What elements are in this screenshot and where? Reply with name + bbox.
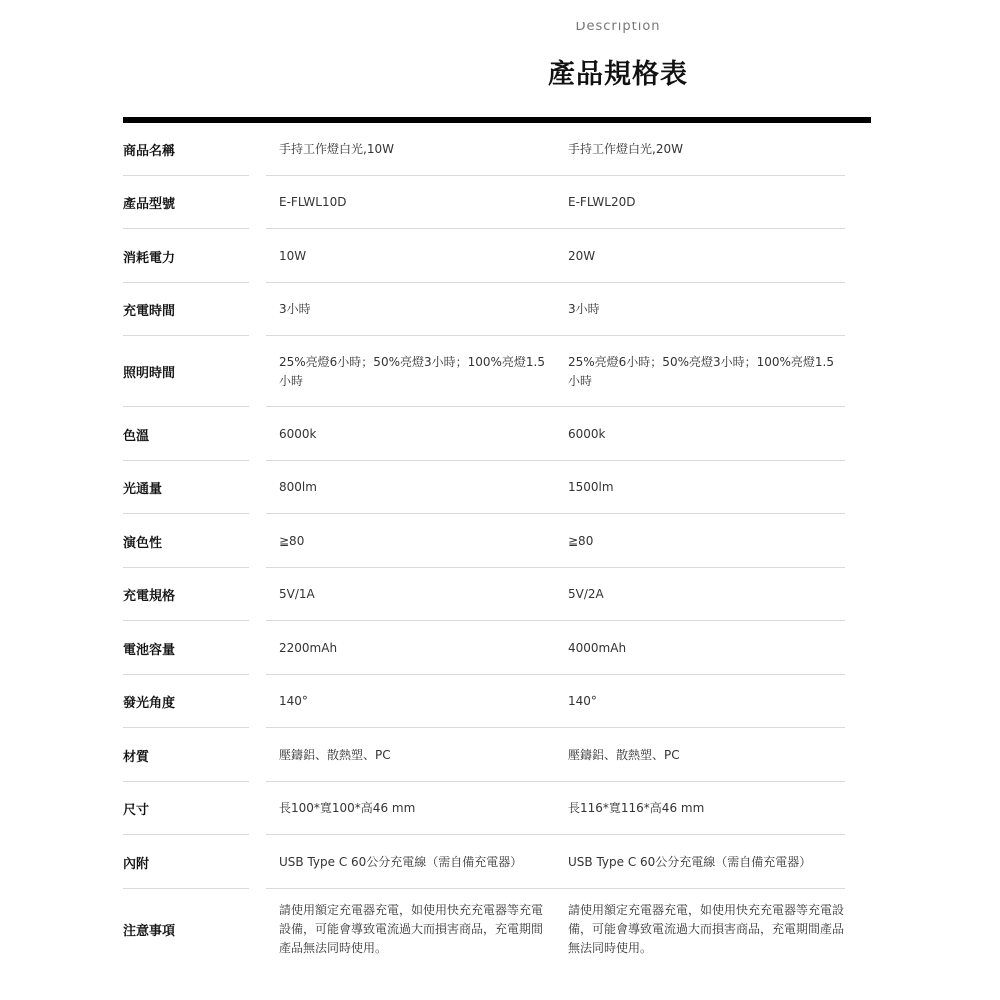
spec-value-10w: 140° bbox=[279, 675, 549, 728]
spec-label: 內附 bbox=[123, 835, 249, 889]
spec-label: 尺寸 bbox=[123, 782, 249, 835]
spec-value-10w: 25%亮燈6小時；50%亮燈3小時；100%亮燈1.5小時 bbox=[279, 336, 549, 407]
spec-value-10w: 3小時 bbox=[279, 283, 549, 336]
spec-label: 發光角度 bbox=[123, 675, 249, 728]
section-subtitle: Description bbox=[548, 22, 688, 36]
spec-value-20w: 5V/2A bbox=[568, 568, 845, 621]
spec-row: 產品型號E-FLWL10DE-FLWL20D bbox=[123, 176, 845, 229]
spec-value-10w: 請使用額定充電器充電，如使用快充充電器等充電設備，可能會導致電流過大而損害商品，… bbox=[279, 889, 549, 969]
spec-row: 內附USB Type C 60公分充電線（需自備充電器）USB Type C 6… bbox=[123, 835, 845, 889]
spec-label: 充電時間 bbox=[123, 283, 249, 336]
spec-value-10w: 手持工作燈白光,10W bbox=[279, 123, 549, 176]
spec-value-10w: 壓鑄鋁、散熱塑、PC bbox=[279, 728, 549, 782]
spec-value-20w: 長116*寬116*高46 mm bbox=[568, 782, 845, 835]
spec-value-10w: 2200mAh bbox=[279, 621, 549, 675]
spec-value-10w: 800lm bbox=[279, 461, 549, 514]
spec-row: 光通量800lm1500lm bbox=[123, 461, 845, 514]
spec-value-20w: 3小時 bbox=[568, 283, 845, 336]
spec-row: 商品名稱手持工作燈白光,10W手持工作燈白光,20W bbox=[123, 123, 845, 176]
spec-value-20w: 手持工作燈白光,20W bbox=[568, 123, 845, 176]
spec-label: 商品名稱 bbox=[123, 123, 249, 176]
spec-value-20w: USB Type C 60公分充電線（需自備充電器） bbox=[568, 835, 845, 889]
spec-label: 注意事項 bbox=[123, 889, 249, 969]
spec-label: 材質 bbox=[123, 728, 249, 782]
spec-label: 照明時間 bbox=[123, 336, 249, 407]
spec-row: 演色性≧80≧80 bbox=[123, 514, 845, 568]
spec-value-10w: ≧80 bbox=[279, 514, 549, 568]
spec-value-20w: 1500lm bbox=[568, 461, 845, 514]
spec-row: 電池容量2200mAh4000mAh bbox=[123, 621, 845, 675]
spec-label: 色溫 bbox=[123, 407, 249, 461]
spec-value-10w: E-FLWL10D bbox=[279, 176, 549, 229]
spec-label: 光通量 bbox=[123, 461, 249, 514]
page-title: 產品規格表 bbox=[548, 52, 688, 91]
spec-value-20w: 壓鑄鋁、散熱塑、PC bbox=[568, 728, 845, 782]
spec-table: 商品名稱手持工作燈白光,10W手持工作燈白光,20W產品型號E-FLWL10DE… bbox=[123, 123, 845, 969]
spec-label: 充電規格 bbox=[123, 568, 249, 621]
spec-row: 尺寸長100*寬100*高46 mm長116*寬116*高46 mm bbox=[123, 782, 845, 835]
spec-value-10w: USB Type C 60公分充電線（需自備充電器） bbox=[279, 835, 549, 889]
spec-row: 材質壓鑄鋁、散熱塑、PC壓鑄鋁、散熱塑、PC bbox=[123, 728, 845, 782]
spec-value-10w: 5V/1A bbox=[279, 568, 549, 621]
spec-value-20w: 25%亮燈6小時；50%亮燈3小時；100%亮燈1.5小時 bbox=[568, 336, 845, 407]
spec-value-10w: 長100*寬100*高46 mm bbox=[279, 782, 549, 835]
spec-row: 照明時間25%亮燈6小時；50%亮燈3小時；100%亮燈1.5小時25%亮燈6小… bbox=[123, 336, 845, 407]
spec-row: 注意事項請使用額定充電器充電，如使用快充充電器等充電設備，可能會導致電流過大而損… bbox=[123, 889, 845, 969]
spec-value-20w: 6000k bbox=[568, 407, 845, 461]
spec-value-20w: 4000mAh bbox=[568, 621, 845, 675]
spec-value-20w: 請使用額定充電器充電，如使用快充充電器等充電設備，可能會導致電流過大而損害商品，… bbox=[568, 889, 845, 969]
spec-value-20w: E-FLWL20D bbox=[568, 176, 845, 229]
spec-label: 消耗電力 bbox=[123, 229, 249, 283]
spec-row: 色溫6000k6000k bbox=[123, 407, 845, 461]
spec-value-20w: ≧80 bbox=[568, 514, 845, 568]
spec-label: 產品型號 bbox=[123, 176, 249, 229]
spec-label: 電池容量 bbox=[123, 621, 249, 675]
spec-row: 充電規格5V/1A5V/2A bbox=[123, 568, 845, 621]
spec-value-10w: 10W bbox=[279, 229, 549, 283]
spec-value-20w: 20W bbox=[568, 229, 845, 283]
spec-value-20w: 140° bbox=[568, 675, 845, 728]
spec-row: 充電時間3小時3小時 bbox=[123, 283, 845, 336]
spec-value-10w: 6000k bbox=[279, 407, 549, 461]
spec-row: 消耗電力10W20W bbox=[123, 229, 845, 283]
spec-label: 演色性 bbox=[123, 514, 249, 568]
spec-row: 發光角度140°140° bbox=[123, 675, 845, 728]
